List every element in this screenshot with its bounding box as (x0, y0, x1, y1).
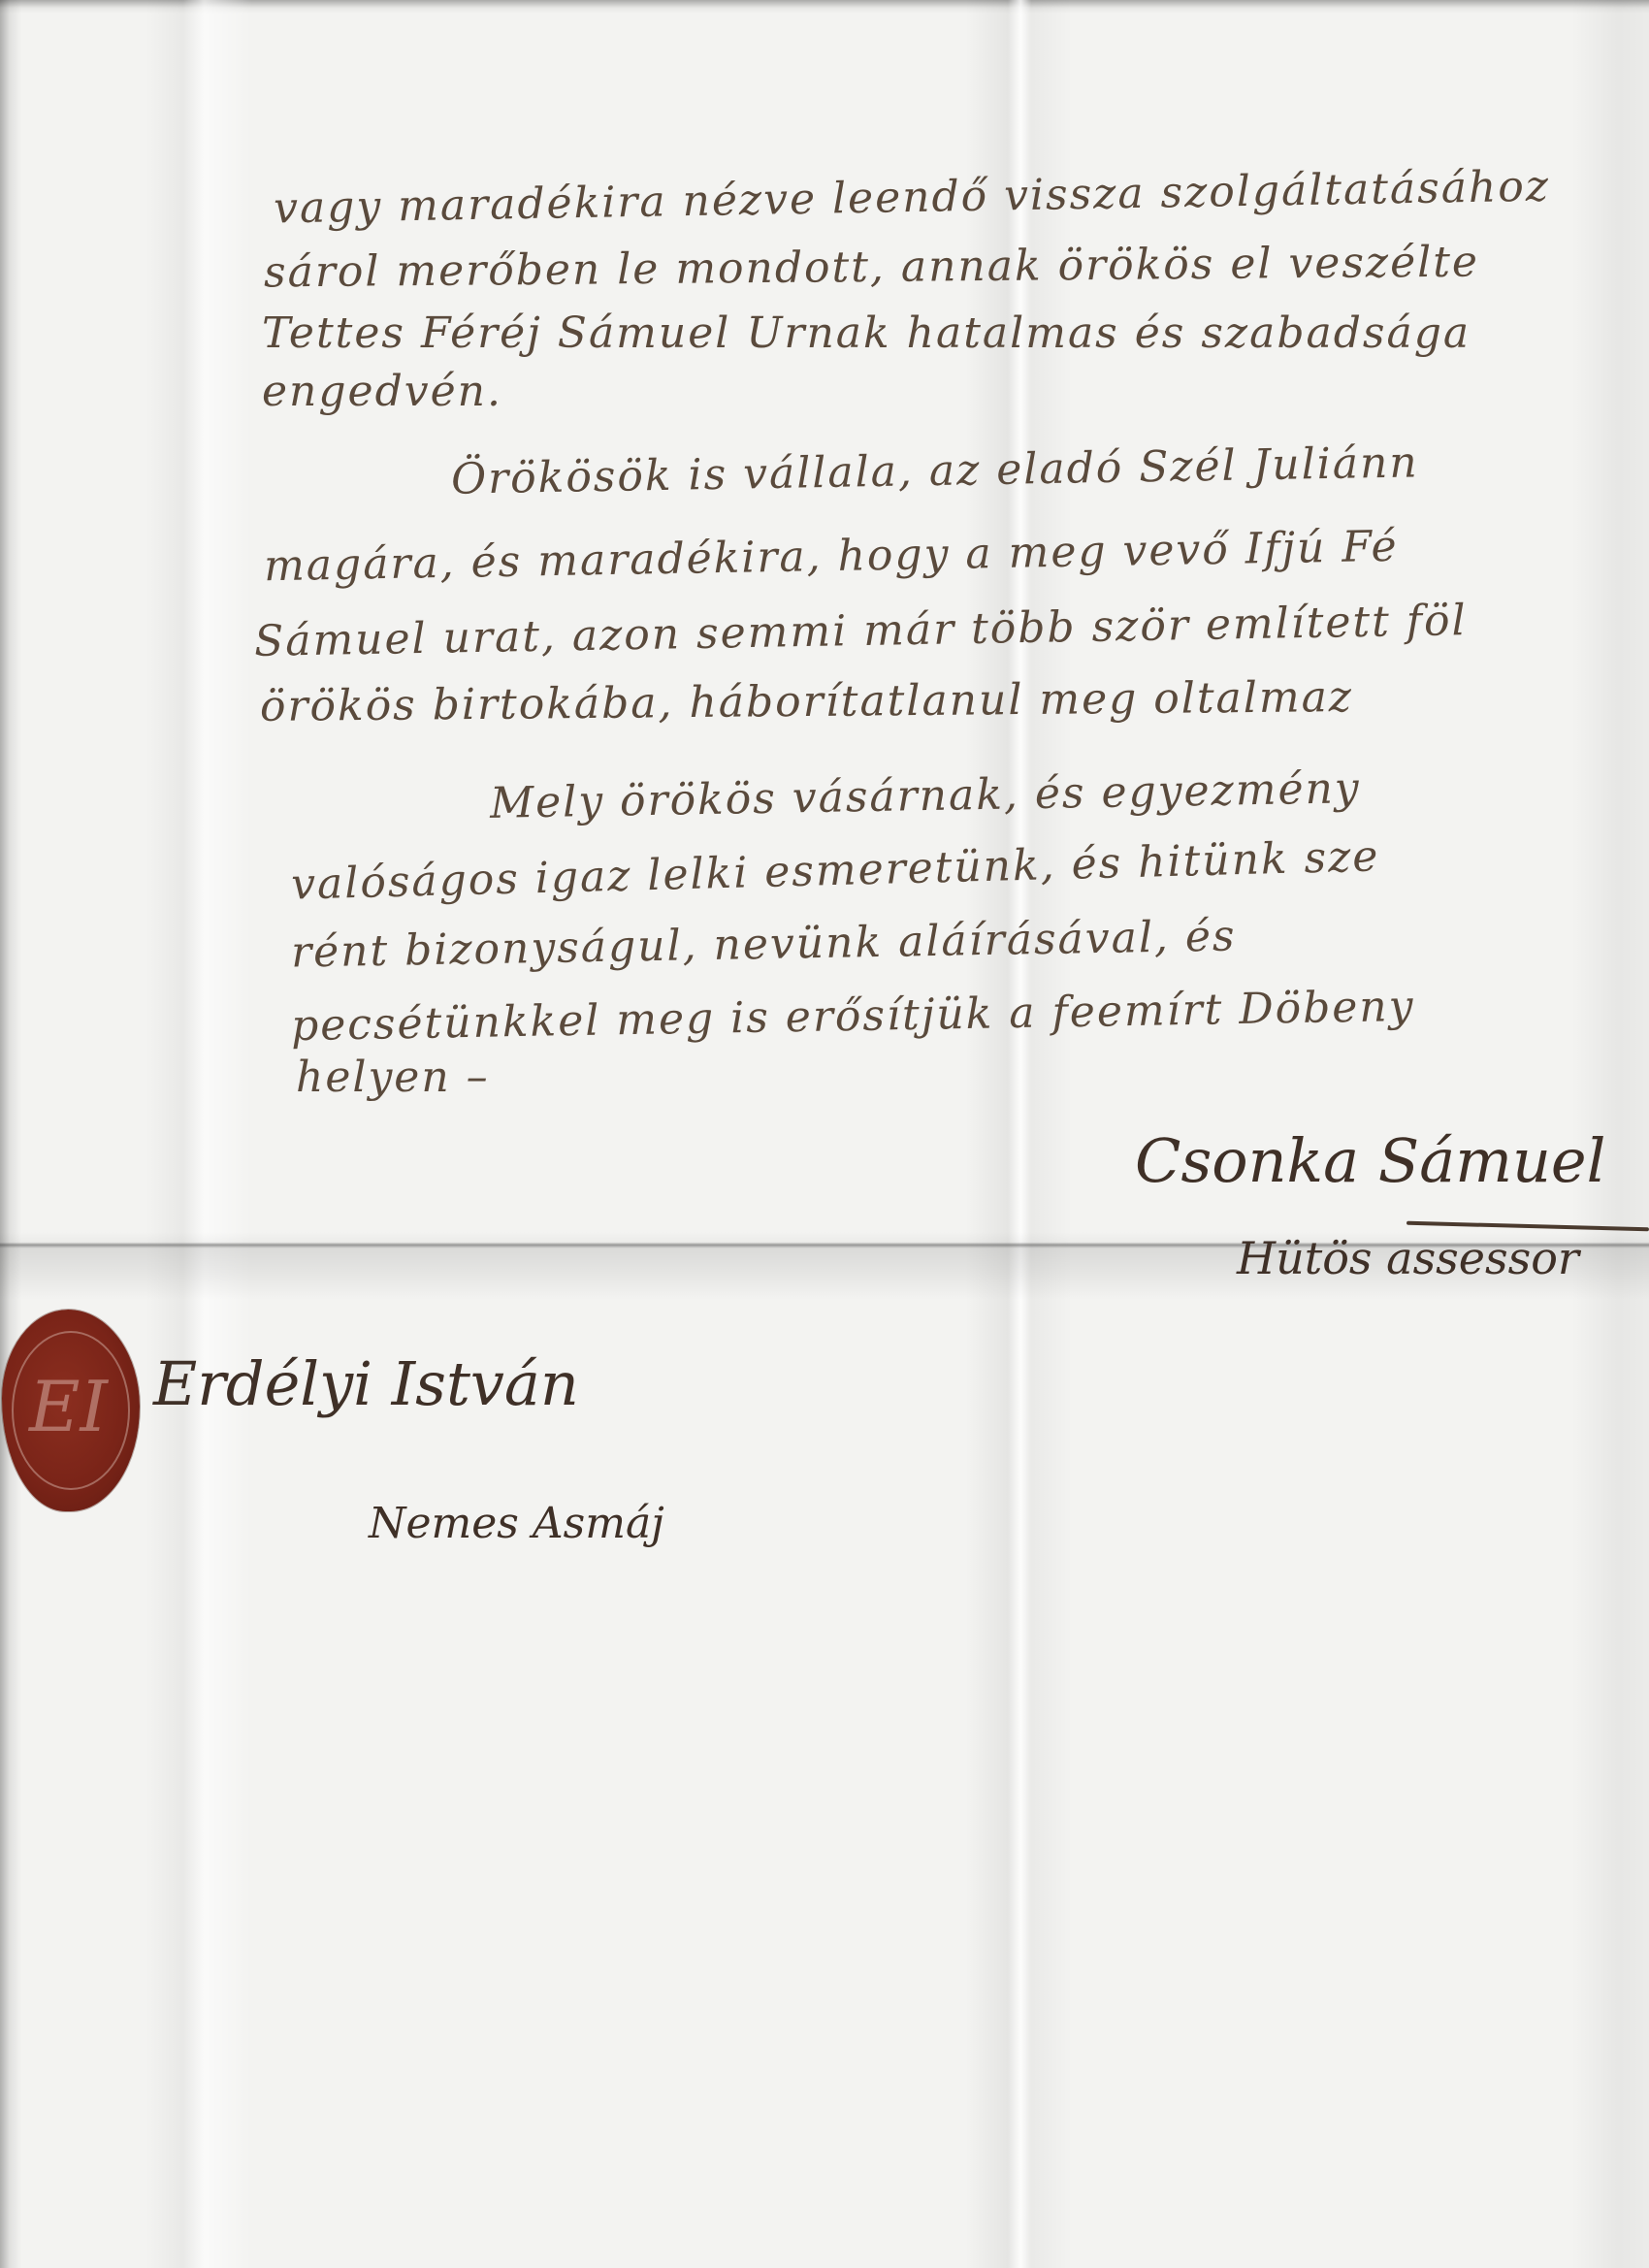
signature-name-2: Erdélyi István (153, 1348, 579, 1419)
text-line-8: örökös birtokába, háborítatlanul meg olt… (260, 672, 1353, 731)
signature-name-1: Csonka Sámuel (1135, 1125, 1605, 1196)
signature-title-1: Hütös assessor (1237, 1232, 1579, 1284)
signature-title-2: Nemes Asmáj (369, 1499, 664, 1548)
text-line-13: helyen – (296, 1053, 490, 1102)
text-line-3: Tettes Féréj Sámuel Urnak hatalmas és sz… (262, 308, 1471, 358)
vertical-fold-left (145, 0, 252, 2268)
text-line-2: sárol merőben le mondott, annak örökös e… (264, 238, 1479, 298)
seal-monogram: EI (29, 1358, 107, 1455)
wax-seal: EI (2, 1310, 140, 1511)
text-line-4: engedvén. (262, 367, 502, 416)
